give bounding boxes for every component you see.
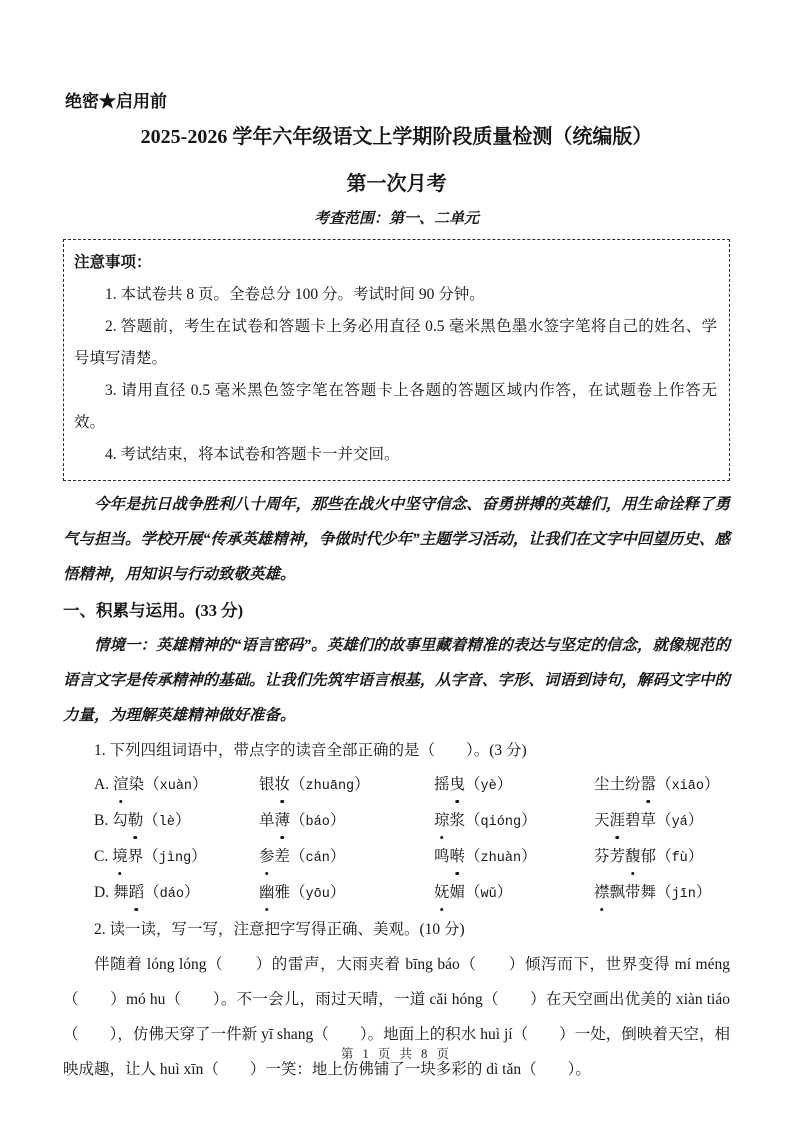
word-item: 襟飘带舞（jīn） [594,876,730,912]
section-1-heading: 一、积累与运用。(33 分) [63,593,730,628]
question-2-passage: 伴随着 lóng lóng（ ）的雷声，大雨夹着 bīng báo（ ）倾泻而下… [63,947,730,1087]
word-item: 天涯碧草（yá） [594,804,730,840]
word-item: C.境界（jìng） [94,840,259,876]
word-item: D.舞蹈（dáo） [94,876,259,912]
word-item: 摇曳（yè） [434,768,594,804]
pinyin-annotation: （yè） [465,776,512,793]
security-label: 绝密★启用前 [65,90,730,114]
pinyin-annotation: （báo） [290,812,345,829]
word-text: 境界 [112,848,143,865]
pinyin-annotation: （zhuàn） [465,848,537,865]
intro-paragraph: 今年是抗日战争胜利八十周年，那些在战火中坚守信念、奋勇拼搏的英雄们，用生命诠释了… [63,487,730,592]
word-text: 勾勒 [112,812,143,829]
word-text: 渲染 [113,776,144,793]
word-item: 鸣啭（zhuàn） [434,840,594,876]
word-text: 天涯碧草 [594,812,656,829]
pinyin-annotation: （cán） [290,848,345,865]
page-number: 第 1 页 共 8 页 [0,1044,793,1062]
option-label: A. [94,776,109,793]
word-item: 幽雅（yōu） [259,876,434,912]
word-text: 芬芳馥郁 [594,848,656,865]
question-1-options: A.渲染（xuàn）银妆（zhuāng）摇曳（yè）尘土纷嚣（xiāo）B.勾勒… [63,768,730,912]
notice-item-1: 1. 本试卷共 8 页。全卷总分 100 分。考试时间 90 分钟。 [74,279,717,311]
word-text: 襟飘带舞 [594,884,656,901]
exam-scope: 考查范围：第一、二单元 [63,208,730,230]
word-text: 幽雅 [259,884,290,901]
pinyin-annotation: （wǔ） [465,884,512,901]
option-row-a: A.渲染（xuàn）银妆（zhuāng）摇曳（yè）尘土纷嚣（xiāo） [63,768,730,804]
word-text: 妩媚 [434,884,465,901]
option-row-d: D.舞蹈（dáo）幽雅（yōu）妩媚（wǔ）襟飘带舞（jīn） [63,876,730,912]
word-item: 尘土纷嚣（xiāo） [594,768,730,804]
pinyin-annotation: （xuàn） [144,776,207,793]
pinyin-annotation: （lè） [143,812,190,829]
word-text: 琼浆 [434,812,465,829]
word-text: 尘土纷嚣 [594,776,656,793]
option-label: C. [94,848,108,865]
notice-item-4: 4. 考试结束，将本试卷和答题卡一并交回。 [74,439,717,471]
pinyin-annotation: （dáo） [144,884,199,901]
word-text: 参差 [259,848,290,865]
scenario-1-paragraph: 情境一：英雄精神的“语言密码”。英雄们的故事里藏着精准的表达与坚定的信念，就像规… [63,628,730,733]
notice-heading: 注意事项： [74,247,717,279]
pinyin-annotation: （zhuāng） [290,776,370,793]
word-item: B.勾勒（lè） [94,804,259,840]
question-1-stem: 1. 下列四组词语中，带点字的读音全部正确的是（ ）。(3 分) [63,733,730,768]
option-row-b: B.勾勒（lè）单薄（báo）琼浆（qióng）天涯碧草（yá） [63,804,730,840]
word-text: 鸣啭 [434,848,465,865]
option-row-c: C.境界（jìng）参差（cán）鸣啭（zhuàn）芬芳馥郁（fù） [63,840,730,876]
word-text: 舞蹈 [113,884,144,901]
pinyin-annotation: （fù） [656,848,703,865]
pinyin-annotation: （qióng） [465,812,537,829]
pinyin-annotation: （yōu） [290,884,345,901]
word-text: 银妆 [259,776,290,793]
word-item: 参差（cán） [259,840,434,876]
word-item: 妩媚（wǔ） [434,876,594,912]
pinyin-annotation: （jìng） [143,848,206,865]
word-item: 单薄（báo） [259,804,434,840]
question-2-stem: 2. 读一读，写一写，注意把字写得正确、美观。(10 分) [63,912,730,947]
exam-subtitle: 第一次月考 [63,170,730,198]
word-text: 摇曳 [434,776,465,793]
page-title: 2025-2026 学年六年级语文上学期阶段质量检测（统编版） [63,122,730,152]
notice-item-2: 2. 答题前，考生在试卷和答题卡上务必用直径 0.5 毫米黑色墨水签字笔将自己的… [74,311,717,375]
word-item: 银妆（zhuāng） [259,768,434,804]
option-label: B. [94,812,108,829]
pinyin-annotation: （xiāo） [656,776,719,793]
word-text: 单薄 [259,812,290,829]
word-item: 琼浆（qióng） [434,804,594,840]
exam-paper-page: 绝密★启用前 2025-2026 学年六年级语文上学期阶段质量检测（统编版） 第… [0,0,793,1122]
notice-box: 注意事项： 1. 本试卷共 8 页。全卷总分 100 分。考试时间 90 分钟。… [63,239,730,481]
option-label: D. [94,884,109,901]
pinyin-annotation: （yá） [656,812,703,829]
pinyin-annotation: （jīn） [656,884,711,901]
notice-item-3: 3. 请用直径 0.5 毫米黑色签字笔在答题卡上各题的答题区域内作答，在试题卷上… [74,375,717,439]
word-item: A.渲染（xuàn） [94,768,259,804]
word-item: 芬芳馥郁（fù） [594,840,730,876]
